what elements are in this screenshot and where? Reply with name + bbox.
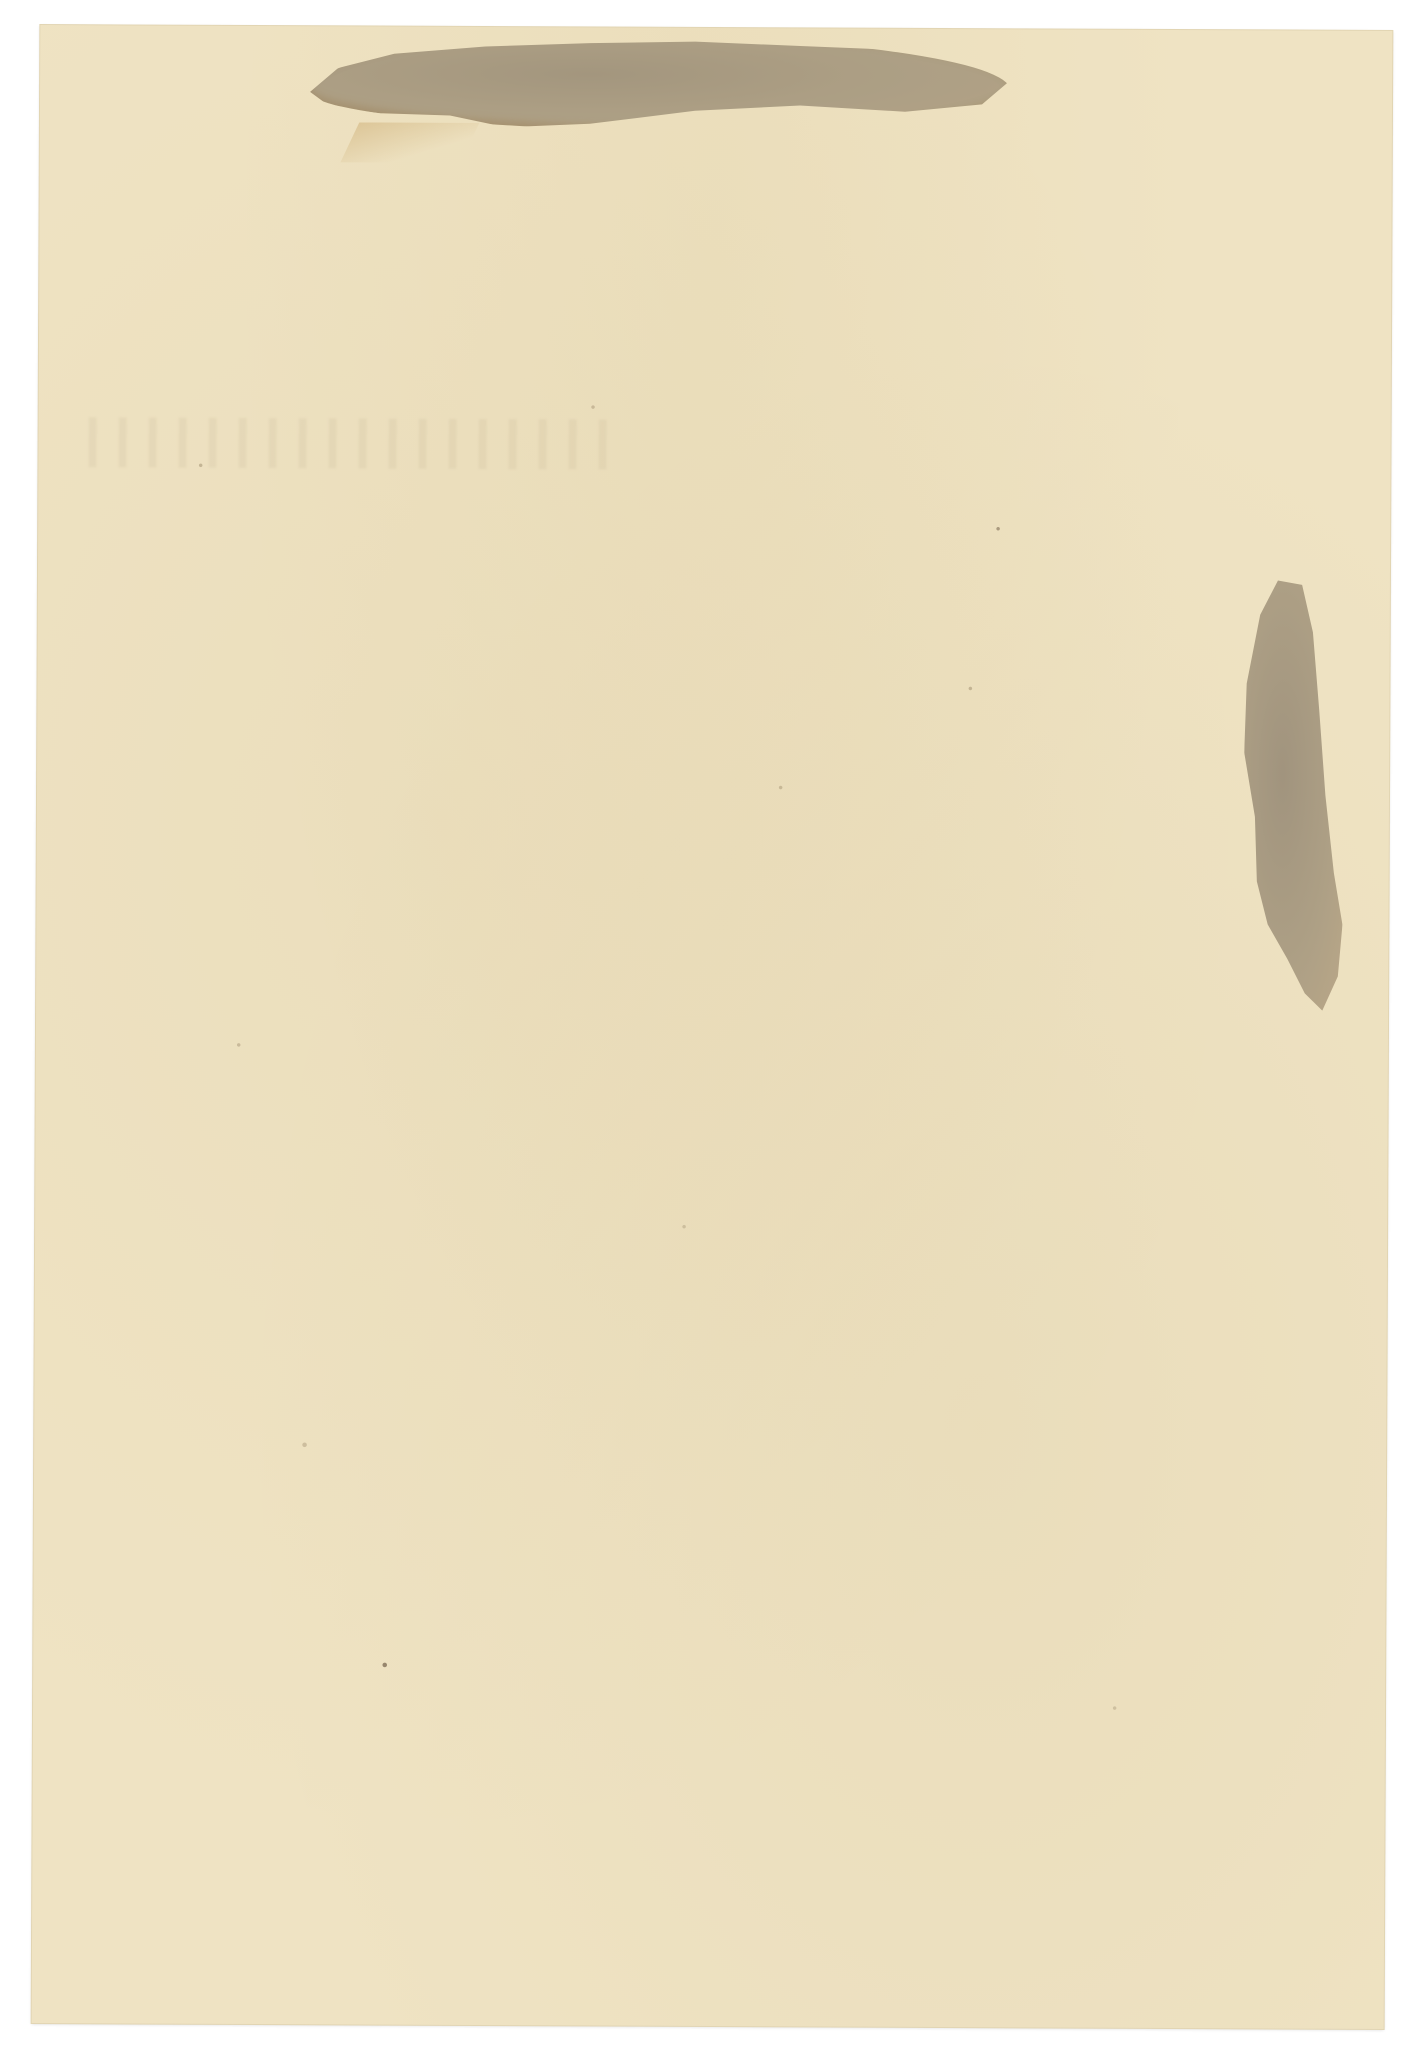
stain-drip-top xyxy=(340,122,479,162)
adhesive-stain-top xyxy=(310,34,1010,133)
adhesive-stain-right xyxy=(1232,580,1344,1010)
paper-card xyxy=(32,25,1393,2029)
paper-grain-texture xyxy=(32,25,1393,2029)
faint-illegible-marks xyxy=(88,417,608,469)
scan-background xyxy=(0,0,1421,2048)
